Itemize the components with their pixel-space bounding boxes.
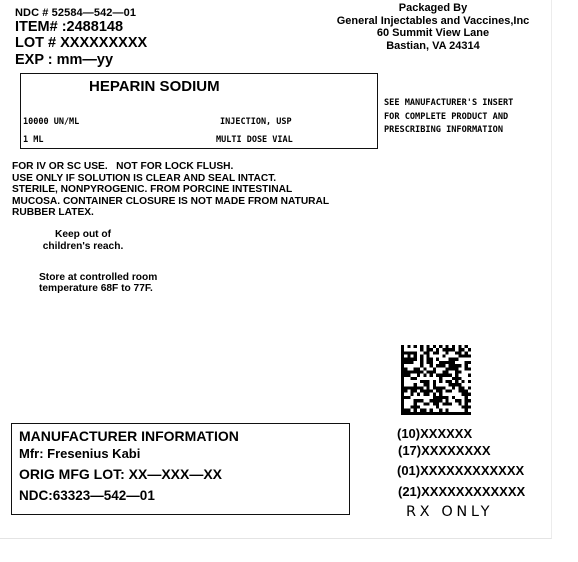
datamatrix-barcode-icon xyxy=(400,345,472,415)
warning-line: RUBBER LATEX. xyxy=(12,207,329,219)
drug-label: NDC # 52584—542—01 ITEM# :2488148 LOT # … xyxy=(0,0,552,539)
gs1-expiry: (17)XXXXXXXX xyxy=(398,443,491,458)
rx-only-notice: RX ONLY xyxy=(406,504,493,520)
product-strength: 10000 UN/ML xyxy=(23,117,79,127)
original-mfg-lot: ORIG MFG LOT: XX—XXX—XX xyxy=(19,466,222,482)
warning-line: MUCOSA. CONTAINER CLOSURE IS NOT MADE FR… xyxy=(12,196,329,208)
gs1-gtin: (01)XXXXXXXXXXXX xyxy=(397,463,524,478)
insert-note: SEE MANUFACTURER'S INSERT FOR COMPLETE P… xyxy=(384,97,513,138)
product-volume: 1 ML xyxy=(23,135,43,145)
manufacturer-info-box: MANUFACTURER INFORMATION Mfr: Fresenius … xyxy=(11,423,350,515)
expiration-date: EXP : mm—yy xyxy=(15,52,113,68)
storage-line: Store at controlled room xyxy=(39,273,157,284)
storage-instructions: Store at controlled room temperature 68F… xyxy=(39,273,157,294)
gs1-serial: (21)XXXXXXXXXXXX xyxy=(398,484,525,499)
lot-number: LOT # XXXXXXXXX xyxy=(15,35,147,51)
ndc-number: NDC # 52584—542—01 xyxy=(15,7,136,19)
keep-out-of-reach: Keep out of children's reach. xyxy=(30,229,136,252)
manufacturer-name: Mfr: Fresenius Kabi xyxy=(19,446,140,461)
container-type: MULTI DOSE VIAL xyxy=(216,135,293,145)
warning-line: FOR IV OR SC USE. NOT FOR LOCK FLUSH. xyxy=(12,161,329,173)
product-box: HEPARIN SODIUM 10000 UN/ML 1 ML INJECTIO… xyxy=(20,73,378,149)
insert-note-line: FOR COMPLETE PRODUCT AND xyxy=(384,111,513,125)
manufacturer-ndc: NDC:63323—542—01 xyxy=(19,488,155,503)
packager-info: Packaged By General Injectables and Vacc… xyxy=(300,2,566,52)
insert-note-line: SEE MANUFACTURER'S INSERT xyxy=(384,97,513,111)
gs1-batch: (10)XXXXXX xyxy=(397,426,472,441)
warning-line: USE ONLY IF SOLUTION IS CLEAR AND SEAL I… xyxy=(12,173,329,185)
keep-out-line: children's reach. xyxy=(30,241,136,253)
item-number: ITEM# :2488148 xyxy=(15,19,123,35)
warning-line: STERILE, NONPYROGENIC. FROM PORCINE INTE… xyxy=(12,184,329,196)
warnings: FOR IV OR SC USE. NOT FOR LOCK FLUSH. US… xyxy=(12,161,329,219)
packager-address-line1: 60 Summit View Lane xyxy=(300,27,566,40)
manufacturer-title: MANUFACTURER INFORMATION xyxy=(19,428,239,444)
storage-line: temperature 68F to 77F. xyxy=(39,284,157,295)
keep-out-line: Keep out of xyxy=(30,229,136,241)
packager-address-line2: Bastian, VA 24314 xyxy=(300,40,566,53)
dosage-form: INJECTION, USP xyxy=(220,117,292,127)
product-name: HEPARIN SODIUM xyxy=(89,78,220,95)
packager-heading: Packaged By xyxy=(300,2,566,15)
packager-company: General Injectables and Vaccines,Inc xyxy=(300,15,566,28)
insert-note-line: PRESCRIBING INFORMATION xyxy=(384,124,513,138)
